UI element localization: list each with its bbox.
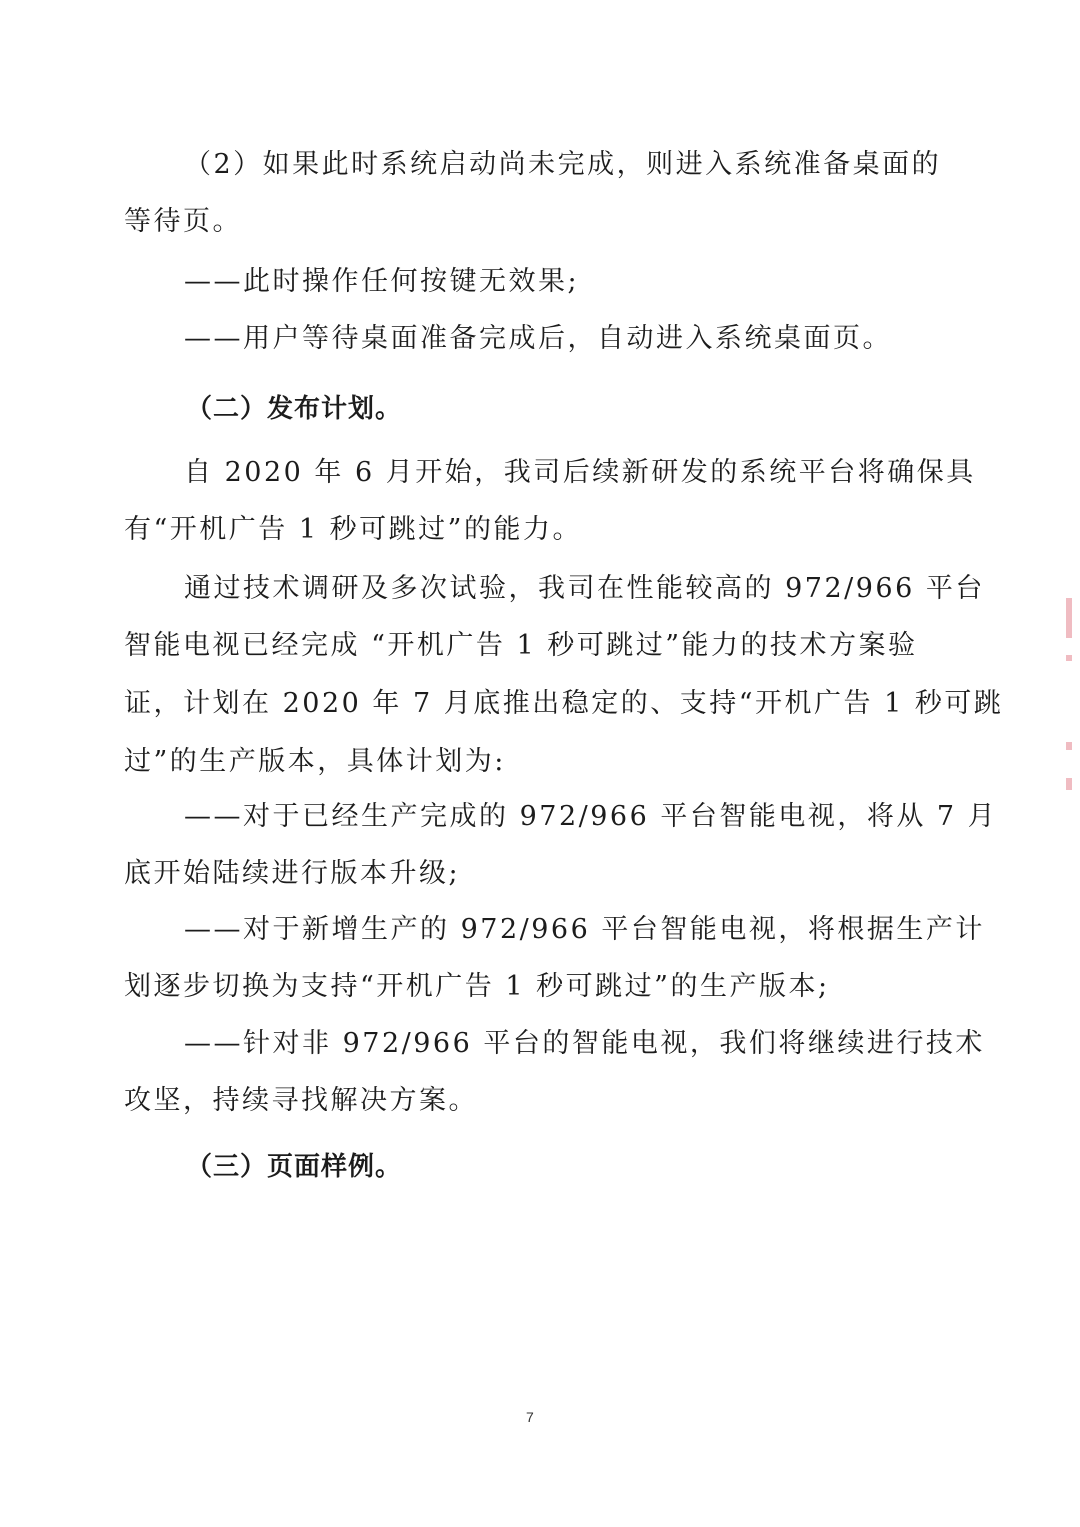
bullet-line: ——针对非 972/966 平台的智能电视，我们将继续进行技术 xyxy=(184,1027,985,1061)
paragraph-line: 等待页。 xyxy=(124,205,242,239)
bullet-line: 划逐步切换为支持“开机广告 1 秒可跳过”的生产版本; xyxy=(124,970,830,1004)
paragraph-line: 通过技术调研及多次试验，我司在性能较高的 972/966 平台 xyxy=(184,572,985,606)
paragraph-line: 过”的生产版本，具体计划为: xyxy=(124,745,506,779)
seal-stamp-fragment xyxy=(1066,742,1072,750)
bullet-line: ——对于新增生产的 972/966 平台智能电视，将根据生产计 xyxy=(184,913,985,947)
bullet-line: 底开始陆续进行版本升级; xyxy=(124,857,460,891)
seal-stamp-fragment xyxy=(1066,655,1072,661)
section-heading: （二）发布计划。 xyxy=(186,392,402,426)
paragraph-line: 有“开机广告 1 秒可跳过”的能力。 xyxy=(124,513,582,547)
paragraph-line: 智能电视已经完成 “开机广告 1 秒可跳过”能力的技术方案验 xyxy=(124,629,918,663)
seal-stamp-fragment xyxy=(1066,598,1072,638)
bullet-line: 攻坚，持续寻找解决方案。 xyxy=(124,1084,478,1118)
bullet-line: ——此时操作任何按键无效果; xyxy=(184,265,579,299)
paragraph-line: （2）如果此时系统启动尚未完成，则进入系统准备桌面的 xyxy=(184,148,941,182)
section-heading: （三）页面样例。 xyxy=(186,1150,402,1184)
paragraph-line: 自 2020 年 6 月开始，我司后续新研发的系统平台将确保具 xyxy=(184,456,976,490)
paragraph-line: 证，计划在 2020 年 7 月底推出稳定的、支持“开机广告 1 秒可跳 xyxy=(124,687,1003,721)
page-number: 7 xyxy=(526,1409,534,1425)
seal-stamp-fragment xyxy=(1066,778,1072,790)
bullet-line: ——用户等待桌面准备完成后，自动进入系统桌面页。 xyxy=(184,322,892,356)
bullet-line: ——对于已经生产完成的 972/966 平台智能电视，将从 7 月 xyxy=(184,800,997,834)
